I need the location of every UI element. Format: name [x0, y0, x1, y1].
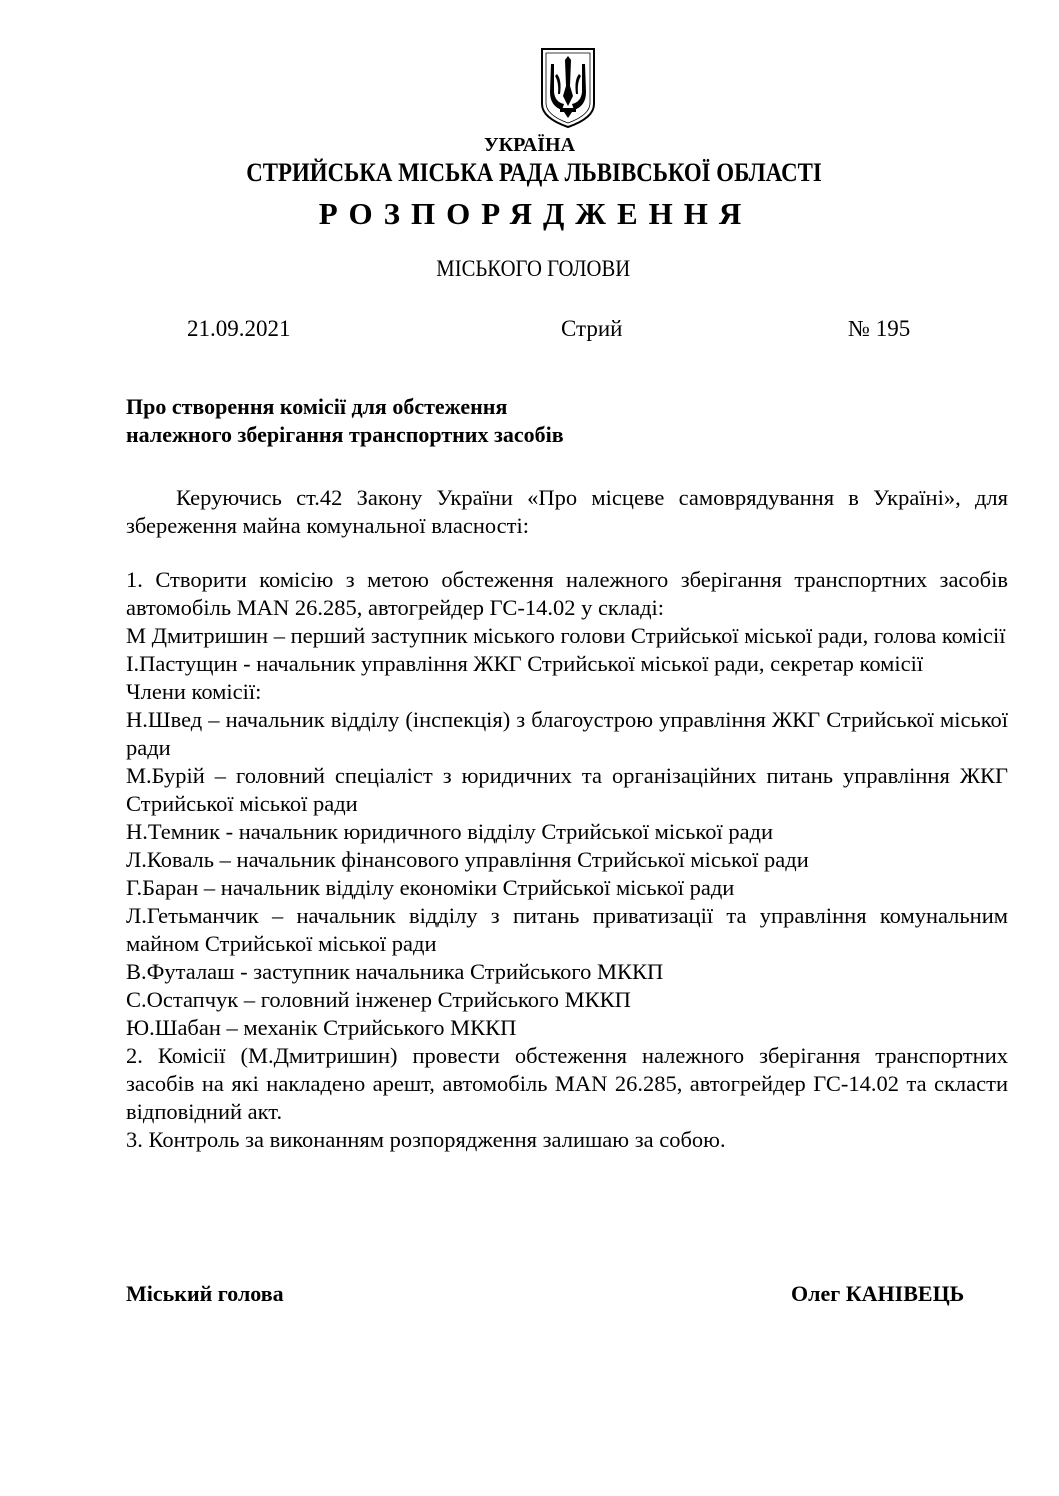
item-1: 1. Створити комісію з метою обстеження н… — [126, 566, 1008, 622]
members-label: Члени комісії: — [126, 678, 1008, 706]
member: Н.Темник - начальник юридичного відділу … — [126, 818, 1008, 846]
document-subject: Про створення комісії для обстеження нал… — [126, 393, 564, 449]
preamble-paragraph: Керуючись ст.42 Закону України «Про місц… — [126, 484, 1008, 540]
commission-secretary: І.Пастущин - начальник управління ЖКГ Ст… — [126, 650, 1008, 678]
item-3: 3. Контроль за виконанням розпорядження … — [126, 1126, 1008, 1154]
document-number: № 195 — [848, 316, 910, 342]
document-type-heading: РОЗПОРЯДЖЕННЯ — [6, 196, 1059, 232]
document-city: Стрий — [561, 316, 623, 342]
member: Л.Коваль – начальник фінансового управлі… — [126, 846, 1008, 874]
subject-line-1: Про створення комісії для обстеження — [126, 393, 564, 421]
member: Ю.Шабан – механік Стрийського МККП — [126, 1014, 1008, 1042]
document-date: 21.09.2021 — [187, 316, 291, 342]
member: Л.Гетьманчик – начальник відділу з питан… — [126, 902, 1008, 958]
order-items: 1. Створити комісію з метою обстеження н… — [126, 566, 1008, 1154]
council-heading: СТРИЙСЬКА МІСЬКА РАДА ЛЬВІВСЬКОЇ ОБЛАСТІ — [68, 158, 1000, 188]
commission-head: М Дмитришин – перший заступник міського … — [126, 622, 1008, 650]
document-page: УКРАЇНА СТРИЙСЬКА МІСЬКА РАДА ЛЬВІВСЬКОЇ… — [0, 0, 1059, 1496]
item-2: 2. Комісії (М.Дмитришин) провести обстеж… — [126, 1042, 1008, 1126]
subject-line-2: належного зберігання транспортних засобі… — [126, 421, 564, 449]
signature-title: Міський голова — [126, 1281, 284, 1307]
trident-coat-of-arms-icon — [538, 46, 598, 130]
signature-name: Олег КАНІВЕЦЬ — [791, 1281, 964, 1307]
member: С.Остапчук – головний інженер Стрийськог… — [126, 986, 1008, 1014]
member: В.Футалаш - заступник начальника Стрийсь… — [126, 958, 1008, 986]
country-heading: УКРАЇНА — [0, 134, 1059, 157]
issuer-heading: МІСЬКОГО ГОЛОВИ — [57, 256, 1010, 282]
member: М.Бурій – головний спеціаліст з юридични… — [126, 762, 1008, 818]
member: Г.Баран – начальник відділу економіки Ст… — [126, 874, 1008, 902]
member: Н.Швед – начальник відділу (інспекція) з… — [126, 706, 1008, 762]
